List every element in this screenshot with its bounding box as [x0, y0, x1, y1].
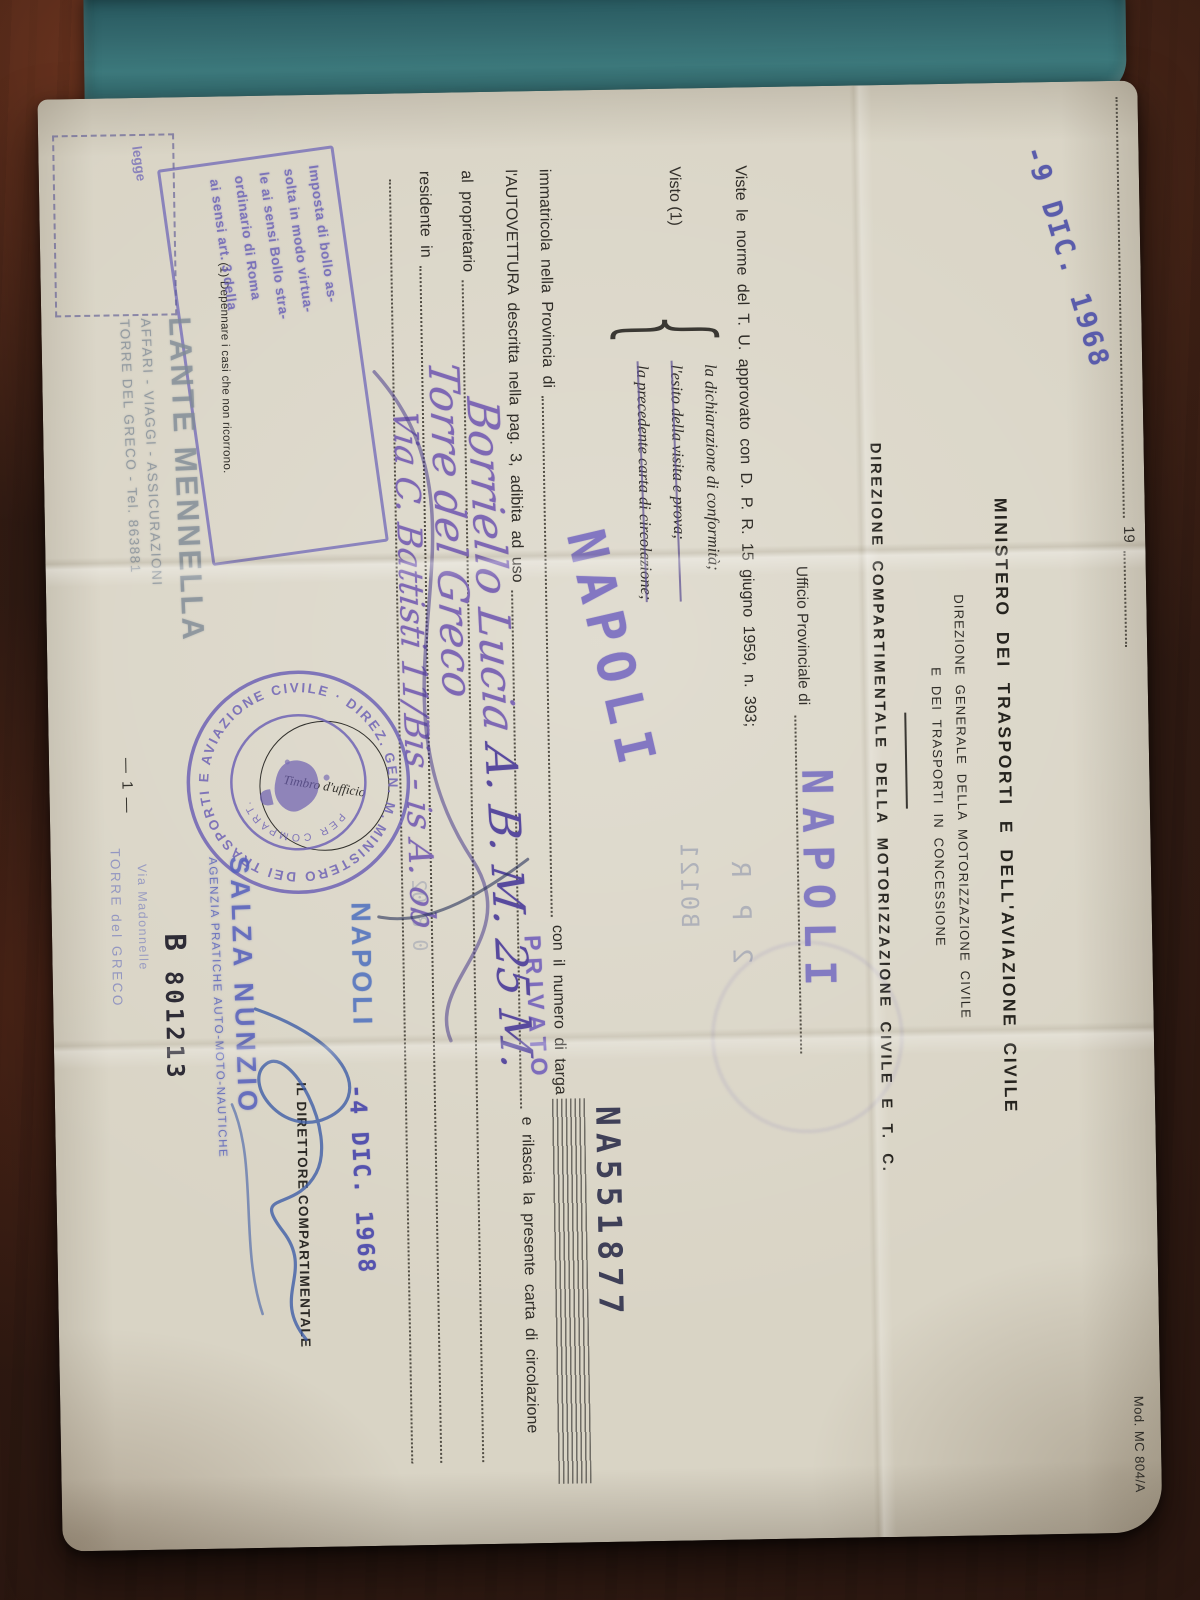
date-stamp: -4 DIC. 1968 [343, 1084, 379, 1275]
targa-value: NA551877 [588, 1106, 631, 1322]
immatricola-line: immatricola nella Provincia di con il nu… [535, 168, 598, 1486]
date-place-stamp: NAPOLI [344, 902, 377, 1029]
visto-label: Visto (1) [665, 166, 684, 226]
direzione-compartimentale: DIREZIONE COMPARTIMENTALE DELLA MOTORIZZ… [860, 93, 902, 1523]
premessa-line: Viste le norme del T. U. approvato con D… [731, 165, 759, 727]
page-number: — 1 — [117, 706, 137, 866]
revenue-stamp-box [52, 133, 177, 317]
year-label: 19 [1120, 526, 1137, 543]
agency-salza-city: TORRE del GRECO [107, 848, 125, 1008]
ministry-title: MINISTERO DEI TRASPORTI E DELL'AVIAZIONE… [982, 91, 1028, 1521]
bleed-text-2: B0121 [674, 840, 704, 928]
ufficio-provinciale-line: Ufficio Provinciale di NAPOLI [784, 94, 849, 1524]
serial-digits: 801213 [160, 971, 190, 1082]
residente-label: residente in [415, 171, 435, 258]
autovettura-post: e rilascia la presente carta di circolaz… [517, 1117, 541, 1434]
visto-brace: { [611, 307, 730, 354]
round-stamp-emblem [257, 751, 327, 824]
date-line: 19 [1112, 89, 1139, 655]
document-content: Mod. MC 804/A -9 DIC. 1968 MINISTERO DEI… [44, 89, 1155, 1538]
date-dotted-line [1116, 97, 1125, 518]
photo-of-document: Mod. MC 804/A -9 DIC. 1968 MINISTERO DEI… [0, 0, 1200, 1600]
visto-item-3: la precedente carta di circolazione; [632, 365, 656, 601]
director-label: IL DIRETTORE COMPARTIMENTALE [292, 1015, 314, 1415]
document-page: Mod. MC 804/A -9 DIC. 1968 MINISTERO DEI… [37, 81, 1162, 1552]
targa-guilloche-bar [551, 1098, 592, 1484]
ufficio-label: Ufficio Provinciale di [792, 566, 812, 706]
visto-item-2: l'esito della visita e prova; [666, 364, 690, 600]
visto-item-1: la dichiarazione di conformità; [700, 364, 724, 600]
serial-prefix: B [158, 933, 192, 955]
proprietario-label: al proprietario [457, 170, 477, 272]
year-dotted-line [1123, 551, 1127, 647]
model-number: Mod. MC 804/A [1131, 1396, 1148, 1493]
immatricola-label: immatricola nella Provincia di [535, 169, 557, 388]
agency-salza-street: Via Madonnelle [135, 864, 151, 971]
header-divider [904, 713, 908, 809]
stamp-bleed-circle [709, 939, 905, 1135]
premessa-text: Viste le norme del T. U. approvato con D… [731, 165, 759, 727]
serial-number: B801213 [158, 933, 195, 1082]
visto-items: la dichiarazione di conformità; l'esito … [632, 364, 724, 601]
bleed-text-1: 2 P R [725, 855, 757, 964]
immatricola-dotted-line [542, 396, 553, 917]
bleed-text-3: 0 8.02 [407, 879, 432, 952]
received-date-stamp: -9 DIC. 1968 [1018, 142, 1115, 372]
targa-zone: NA551877 [551, 1098, 598, 1487]
agency-mennella-stamp: LANTE MENNELLA AFFARI - VIAGGI - ASSICUR… [117, 316, 211, 645]
